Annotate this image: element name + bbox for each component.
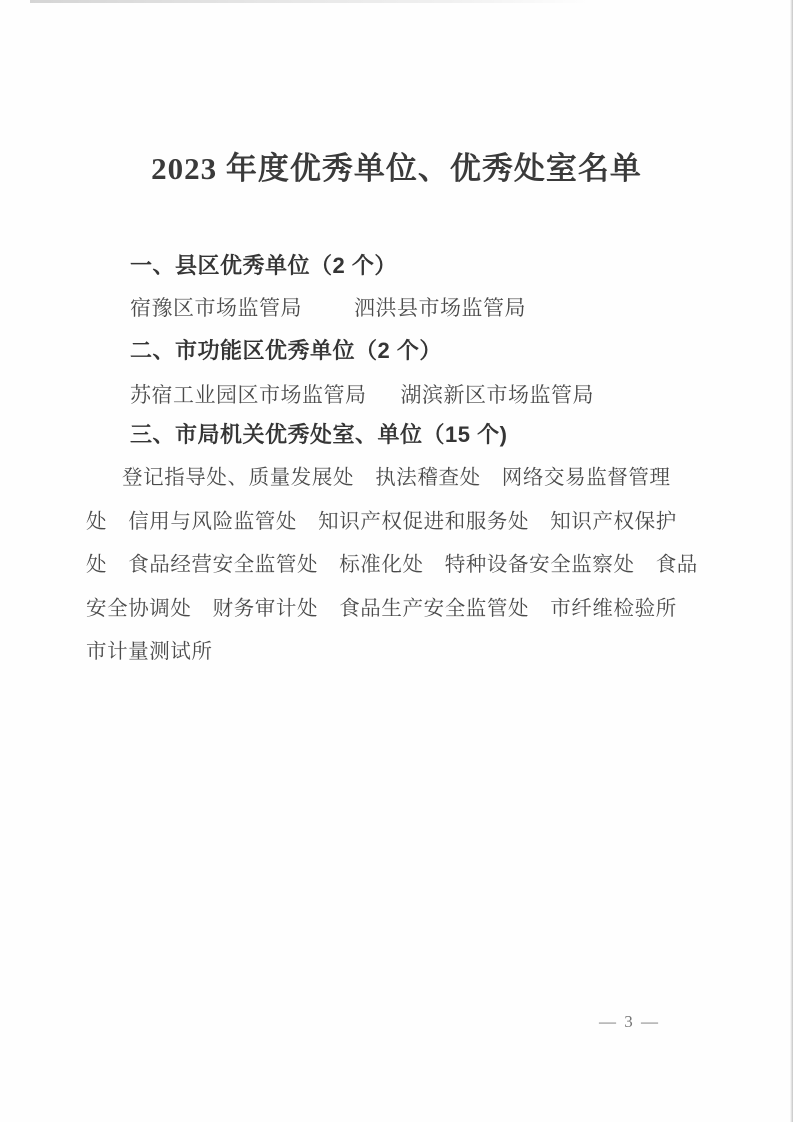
- paragraph-line-5: 市计量测试所: [86, 631, 676, 675]
- section-2-unit-list: 苏宿工业园区市场监管局 湖滨新区市场监管局: [86, 379, 594, 409]
- unit-name-susu-park: 苏宿工业园区市场监管局: [130, 379, 367, 409]
- paragraph-line-4: 安全协调处 财务审计处 食品生产安全监管处 市纤维检验所: [86, 588, 676, 632]
- unit-name-sihong: 泗洪县市场监管局: [354, 292, 526, 322]
- document-body: 一、县区优秀单位（2 个） 宿豫区市场监管局 泗洪县市场监管局 二、市功能区优秀…: [86, 0, 676, 1122]
- paragraph-line-2: 处 信用与风险监管处 知识产权促进和服务处 知识产权保护: [86, 501, 676, 545]
- unit-name-suyu: 宿豫区市场监管局: [130, 292, 302, 322]
- document-page: 2023 年度优秀单位、优秀处室名单 一、县区优秀单位（2 个） 宿豫区市场监管…: [0, 0, 793, 1122]
- section-2-heading: 二、市功能区优秀单位（2 个）: [86, 334, 442, 365]
- unit-name-hubin: 湖滨新区市场监管局: [401, 379, 595, 409]
- section-1-heading: 一、县区优秀单位（2 个）: [86, 249, 397, 280]
- paragraph-line-3: 处 食品经营安全监管处 标准化处 特种设备安全监察处 食品: [86, 544, 676, 588]
- paragraph-line-1: 登记指导处、质量发展处 执法稽查处 网络交易监督管理: [86, 457, 676, 501]
- page-number: — 3 —: [599, 1012, 660, 1032]
- section-3-heading: 三、市局机关优秀处室、单位（15 个): [86, 418, 507, 449]
- section-1-unit-list: 宿豫区市场监管局 泗洪县市场监管局: [86, 292, 526, 322]
- section-3-paragraph: 登记指导处、质量发展处 执法稽查处 网络交易监督管理 处 信用与风险监管处 知识…: [86, 457, 676, 675]
